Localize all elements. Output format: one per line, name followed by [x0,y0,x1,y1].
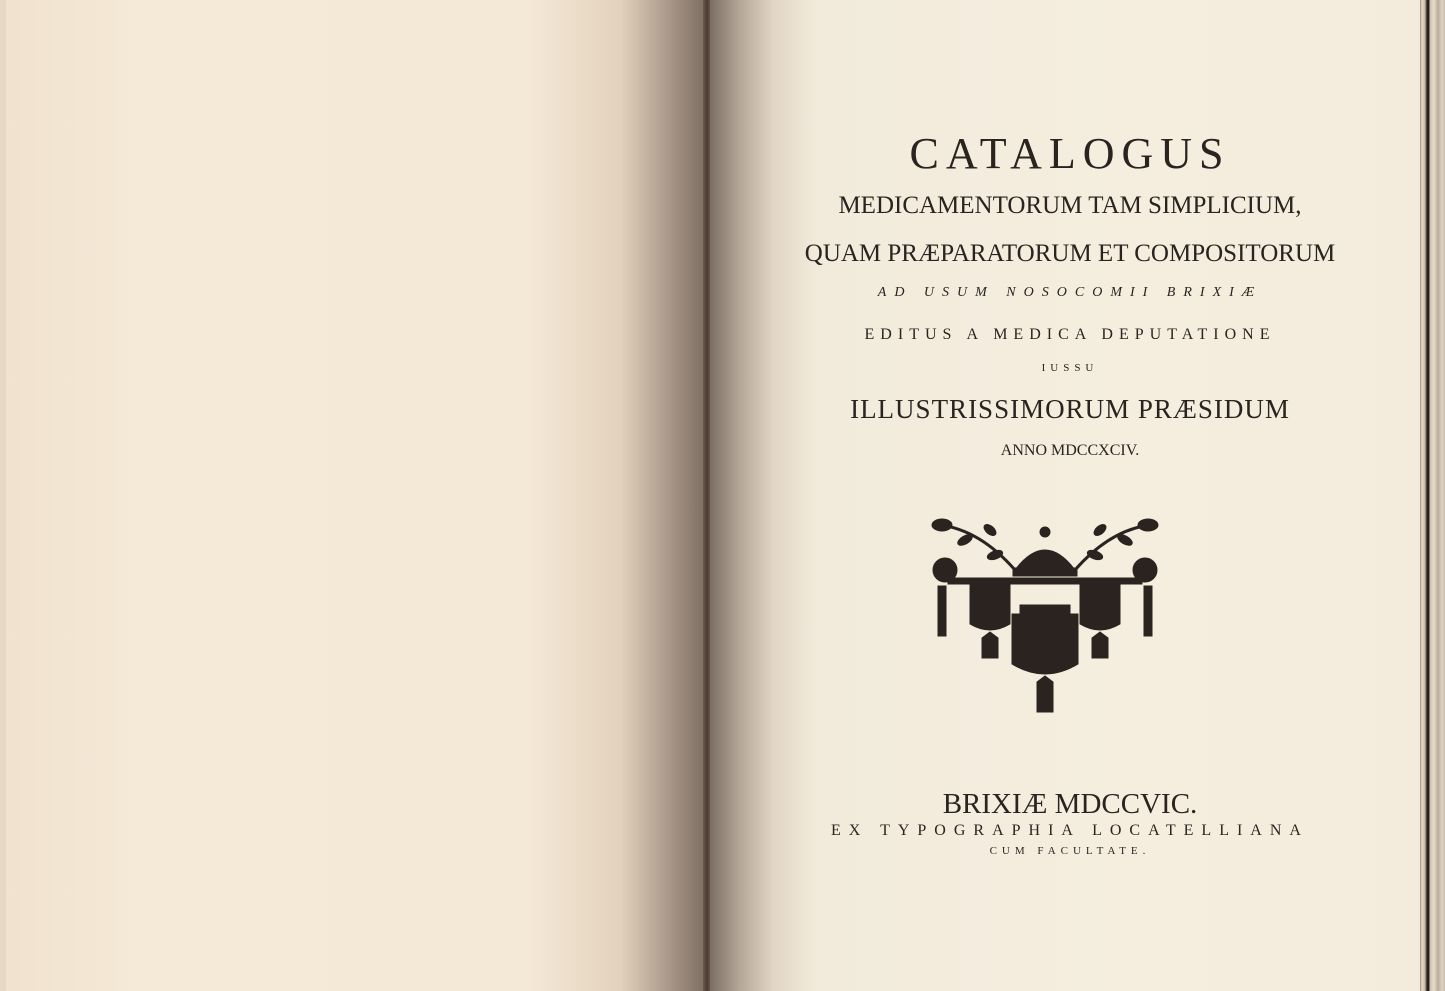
imprint-printer: EX TYPOGRAPHIA LOCATELLIANA [760,822,1380,840]
subtitle-line-6: ILLUSTRISSIMORUM PRÆSIDUM [760,394,1380,425]
page-title: CATALOGUS [760,128,1380,179]
left-page [0,0,705,991]
printer-ornament-icon [920,510,1170,720]
subtitle-line-2: QUAM PRÆPARATORUM ET COMPOSITORUM [760,240,1380,268]
imprint-license: CUM FACULTATE. [760,845,1380,857]
subtitle-line-3: AD USUM NOSOCOMII BRIXIÆ [760,285,1380,301]
title-page: CATALOGUS MEDICAMENTORUM TAM SIMPLICIUM,… [760,0,1380,991]
imprint-place: BRIXIÆ MDCCVIC. [760,788,1380,821]
subtitle-line-5: IUSSU [760,362,1380,374]
page-edges [1420,0,1445,991]
subtitle-line-4: EDITUS A MEDICA DEPUTATIONE [760,326,1380,344]
date-line: ANNO MDCCXCIV. [760,442,1380,460]
left-page-edge [0,0,6,991]
subtitle-line-1: MEDICAMENTORUM TAM SIMPLICIUM, [760,192,1380,220]
